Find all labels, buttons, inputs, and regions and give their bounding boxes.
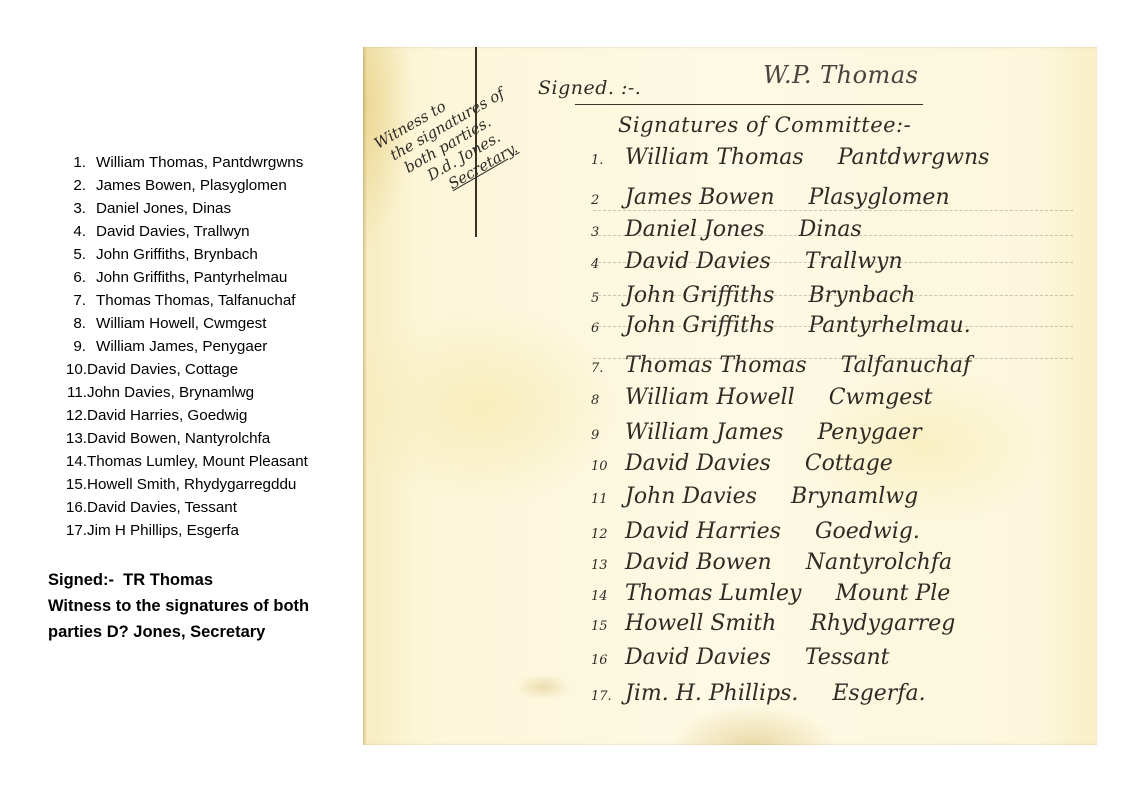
- list-item: 14.Thomas Lumley, Mount Pleasant: [48, 450, 358, 473]
- row-name: James Bowen: [625, 185, 775, 210]
- row-number: 13: [591, 558, 625, 573]
- member-name-place: David Davies, Tessant: [87, 496, 237, 519]
- member-name-place: Thomas Lumley, Mount Pleasant: [87, 450, 308, 473]
- list-item: 7.Thomas Thomas, Talfanuchaf: [48, 289, 358, 312]
- witness-line-1: Witness to the signatures of both: [48, 593, 358, 619]
- item-number: 10.: [48, 358, 87, 381]
- transcription-panel: 1.William Thomas, Pantdwrgwns 2.James Bo…: [48, 151, 358, 542]
- member-name-place: John Davies, Brynamlwg: [87, 381, 254, 404]
- signature-summary: Signed:- TR Thomas Witness to the signat…: [48, 567, 358, 645]
- row-number: 9: [591, 428, 625, 443]
- member-name-place: William James, Penygaer: [96, 335, 267, 358]
- list-item: 6.John Griffiths, Pantyrhelmau: [48, 266, 358, 289]
- handwritten-row: 17.Jim. H. Phillips.Esgerfa.: [591, 681, 926, 706]
- row-place: Trallwyn: [805, 249, 903, 274]
- handwritten-row: 15Howell SmithRhydygarreg: [591, 611, 955, 636]
- row-place: Mount Ple: [835, 581, 950, 606]
- member-name-place: James Bowen, Plasyglomen: [96, 174, 287, 197]
- row-number: 17.: [591, 689, 625, 704]
- row-place: Penygaer: [817, 420, 921, 445]
- row-place: Goedwig.: [815, 519, 920, 544]
- row-place: Cwmgest: [829, 385, 933, 410]
- list-item: 5.John Griffiths, Brynbach: [48, 243, 358, 266]
- handwritten-row: 8William HowellCwmgest: [591, 385, 932, 410]
- row-name: John Davies: [625, 484, 757, 509]
- handwritten-row: 2James BowenPlasyglomen: [591, 185, 950, 210]
- row-place: Nantyrolchfa: [806, 550, 952, 575]
- handwritten-row: 11John DaviesBrynamlwg: [591, 484, 918, 509]
- row-name: David Davies: [625, 249, 771, 274]
- row-name: Thomas Thomas: [625, 353, 807, 378]
- row-number: 7.: [591, 361, 625, 376]
- row-name: David Davies: [625, 451, 771, 476]
- row-name: William Howell: [625, 385, 795, 410]
- member-name-place: John Griffiths, Pantyrhelmau: [96, 266, 287, 289]
- item-number: 9.: [48, 335, 96, 358]
- list-item: 10.David Davies, Cottage: [48, 358, 358, 381]
- handwritten-row: 7.Thomas ThomasTalfanuchaf: [591, 353, 971, 378]
- list-item: 15.Howell Smith, Rhydygarregddu: [48, 473, 358, 496]
- row-name: David Davies: [625, 645, 771, 670]
- row-name: William Thomas: [625, 145, 804, 170]
- member-name-place: Jim H Phillips, Esgerfa: [87, 519, 239, 542]
- row-place: Brynbach: [808, 283, 915, 308]
- handwritten-heading: Signatures of Committee:-: [618, 113, 911, 137]
- handwritten-witness-note: Witness to the signatures of both partie…: [371, 52, 563, 215]
- item-number: 11.: [48, 381, 87, 404]
- row-number: 4: [591, 257, 625, 272]
- member-name-place: William Thomas, Pantdwrgwns: [96, 151, 303, 174]
- item-number: 8.: [48, 312, 96, 335]
- item-number: 13.: [48, 427, 87, 450]
- list-item: 13.David Bowen, Nantyrolchfa: [48, 427, 358, 450]
- handwritten-row: 13David BowenNantyrolchfa: [591, 550, 952, 575]
- member-name-place: William Howell, Cwmgest: [96, 312, 266, 335]
- row-number: 5: [591, 291, 625, 306]
- committee-member-list: 1.William Thomas, Pantdwrgwns 2.James Bo…: [48, 151, 358, 542]
- list-item: 12.David Harries, Goedwig: [48, 404, 358, 427]
- list-item: 8.William Howell, Cwmgest: [48, 312, 358, 335]
- member-name-place: Thomas Thomas, Talfanuchaf: [96, 289, 296, 312]
- list-item: 4.David Davies, Trallwyn: [48, 220, 358, 243]
- member-name-place: Howell Smith, Rhydygarregddu: [87, 473, 296, 496]
- member-name-place: David Bowen, Nantyrolchfa: [87, 427, 270, 450]
- member-name-place: David Davies, Trallwyn: [96, 220, 250, 243]
- handwritten-signature: W.P. Thomas: [763, 61, 918, 89]
- handwritten-row: 4David DaviesTrallwyn: [591, 249, 903, 274]
- row-number: 15: [591, 619, 625, 634]
- handwritten-signed-label: Signed. :-.: [538, 77, 641, 99]
- row-number: 6: [591, 321, 625, 336]
- member-name-place: John Griffiths, Brynbach: [96, 243, 258, 266]
- handwritten-row: 12David HarriesGoedwig.: [591, 519, 920, 544]
- list-item: 3.Daniel Jones, Dinas: [48, 197, 358, 220]
- row-number: 8: [591, 393, 625, 408]
- row-name: David Harries: [625, 519, 781, 544]
- row-name: William James: [625, 420, 783, 445]
- item-number: 2.: [48, 174, 96, 197]
- row-name: Thomas Lumley: [625, 581, 801, 606]
- row-number: 1.: [591, 153, 625, 168]
- ruled-line: [593, 210, 1073, 211]
- list-item: 1.William Thomas, Pantdwrgwns: [48, 151, 358, 174]
- item-number: 4.: [48, 220, 96, 243]
- row-name: Daniel Jones: [625, 217, 765, 242]
- row-place: Pantyrhelmau.: [808, 313, 970, 338]
- item-number: 12.: [48, 404, 87, 427]
- member-name-place: David Davies, Cottage: [87, 358, 238, 381]
- item-number: 3.: [48, 197, 96, 220]
- item-number: 14.: [48, 450, 87, 473]
- row-name: John Griffiths: [625, 283, 774, 308]
- list-item: 17.Jim H Phillips, Esgerfa: [48, 519, 358, 542]
- row-name: John Griffiths: [625, 313, 774, 338]
- row-number: 10: [591, 459, 625, 474]
- item-number: 7.: [48, 289, 96, 312]
- row-place: Rhydygarreg: [810, 611, 955, 636]
- item-number: 15.: [48, 473, 87, 496]
- member-name-place: David Harries, Goedwig: [87, 404, 247, 427]
- row-place: Brynamlwg: [791, 484, 918, 509]
- item-number: 5.: [48, 243, 96, 266]
- item-number: 17.: [48, 519, 87, 542]
- item-number: 6.: [48, 266, 96, 289]
- signature-underline: [575, 104, 923, 105]
- handwritten-row: 5John GriffithsBrynbach: [591, 283, 915, 308]
- row-number: 14: [591, 589, 625, 604]
- signed-by-line: Signed:- TR Thomas: [48, 567, 358, 593]
- row-number: 2: [591, 193, 625, 208]
- row-name: Howell Smith: [625, 611, 776, 636]
- row-name: Jim. H. Phillips.: [625, 681, 798, 706]
- row-place: Cottage: [805, 451, 893, 476]
- list-item: 11.John Davies, Brynamlwg: [48, 381, 358, 404]
- row-place: Esgerfa.: [832, 681, 925, 706]
- row-place: Tessant: [805, 645, 890, 670]
- list-item: 2.James Bowen, Plasyglomen: [48, 174, 358, 197]
- list-item: 16.David Davies, Tessant: [48, 496, 358, 519]
- row-place: Talfanuchaf: [841, 353, 971, 378]
- handwritten-row: 3Daniel JonesDinas: [591, 217, 862, 242]
- scanned-document-image: Signed. :-. W.P. Thomas Signatures of Co…: [363, 47, 1097, 745]
- handwritten-row: 9William JamesPenygaer: [591, 420, 922, 445]
- row-number: 16: [591, 653, 625, 668]
- row-place: Dinas: [799, 217, 862, 242]
- item-number: 1.: [48, 151, 96, 174]
- handwritten-row: 6John GriffithsPantyrhelmau.: [591, 313, 971, 338]
- handwritten-row: 1.William ThomasPantdwrgwns: [591, 145, 989, 170]
- handwritten-row: 16David DaviesTessant: [591, 645, 890, 670]
- member-name-place: Daniel Jones, Dinas: [96, 197, 231, 220]
- row-number: 11: [591, 492, 625, 507]
- list-item: 9.William James, Penygaer: [48, 335, 358, 358]
- row-name: David Bowen: [625, 550, 772, 575]
- witness-line-2: parties D? Jones, Secretary: [48, 619, 358, 645]
- row-number: 12: [591, 527, 625, 542]
- handwritten-row: 14Thomas LumleyMount Ple: [591, 581, 950, 606]
- handwritten-row: 10David DaviesCottage: [591, 451, 893, 476]
- row-place: Plasyglomen: [809, 185, 950, 210]
- row-number: 3: [591, 225, 625, 240]
- row-place: Pantdwrgwns: [838, 145, 990, 170]
- item-number: 16.: [48, 496, 87, 519]
